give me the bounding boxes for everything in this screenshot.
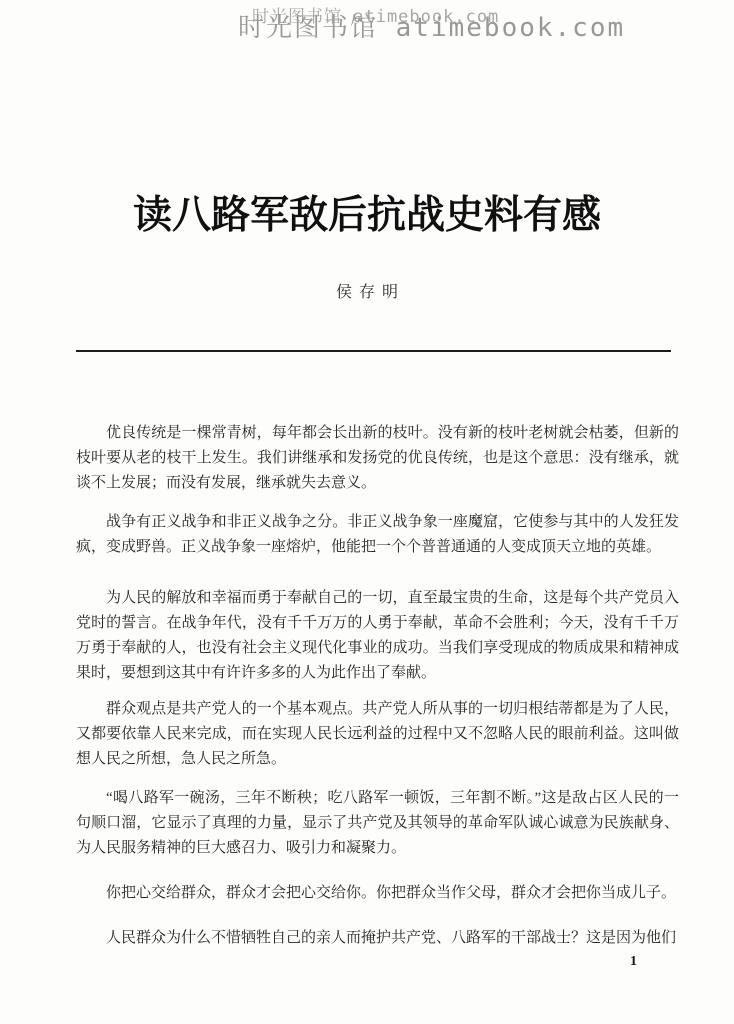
watermark: 时光图书馆 atimebook.com 时光图书馆 atimebook.com bbox=[0, 0, 734, 44]
paragraph-6: 你把心交给群众，群众才会把心交给你。你把群众当作父母，群众才会把你当成儿子。 bbox=[76, 881, 679, 906]
article-body: 优良传统是一棵常青树，每年都会长出新的枝叶。没有新的枝叶老树就会枯萎，但新的枝叶… bbox=[76, 421, 679, 965]
paragraph-2: 战争有正义战争和非正义战争之分。非正义战争象一座魔窟，它使参与其中的人发狂发疯，… bbox=[76, 510, 679, 560]
article-author: 侯存明 bbox=[0, 279, 734, 302]
page-number: 1 bbox=[630, 954, 637, 970]
article-title: 读八路军敌后抗战史料有感 bbox=[0, 184, 734, 240]
watermark-text-small: 时光图书馆 atimebook.com bbox=[252, 2, 499, 27]
title-divider bbox=[76, 350, 671, 352]
scanned-page: 时光图书馆 atimebook.com 时光图书馆 atimebook.com … bbox=[0, 0, 734, 1024]
paragraph-5: “喝八路军一碗汤，三年不断秧；吃八路军一顿饭，三年割不断。”这是敌占区人民的一句… bbox=[76, 786, 679, 861]
paragraph-7: 人民群众为什么不惜牺牲自己的亲人而掩护共产党、八路军的干部战士？这是因为他们 bbox=[76, 926, 679, 951]
paragraph-4: 群众观点是共产党人的一个基本观点。共产党人所从事的一切归根结蒂都是为了人民，又都… bbox=[76, 697, 679, 772]
paragraph-1: 优良传统是一棵常青树，每年都会长出新的枝叶。没有新的枝叶老树就会枯萎，但新的枝叶… bbox=[76, 421, 679, 496]
paragraph-3: 为人民的解放和幸福而勇于奉献自己的一切，直至最宝贵的生命，这是每个共产党员入党时… bbox=[76, 586, 679, 686]
watermark-text-large: 时光图书馆 atimebook.com bbox=[238, 7, 625, 44]
